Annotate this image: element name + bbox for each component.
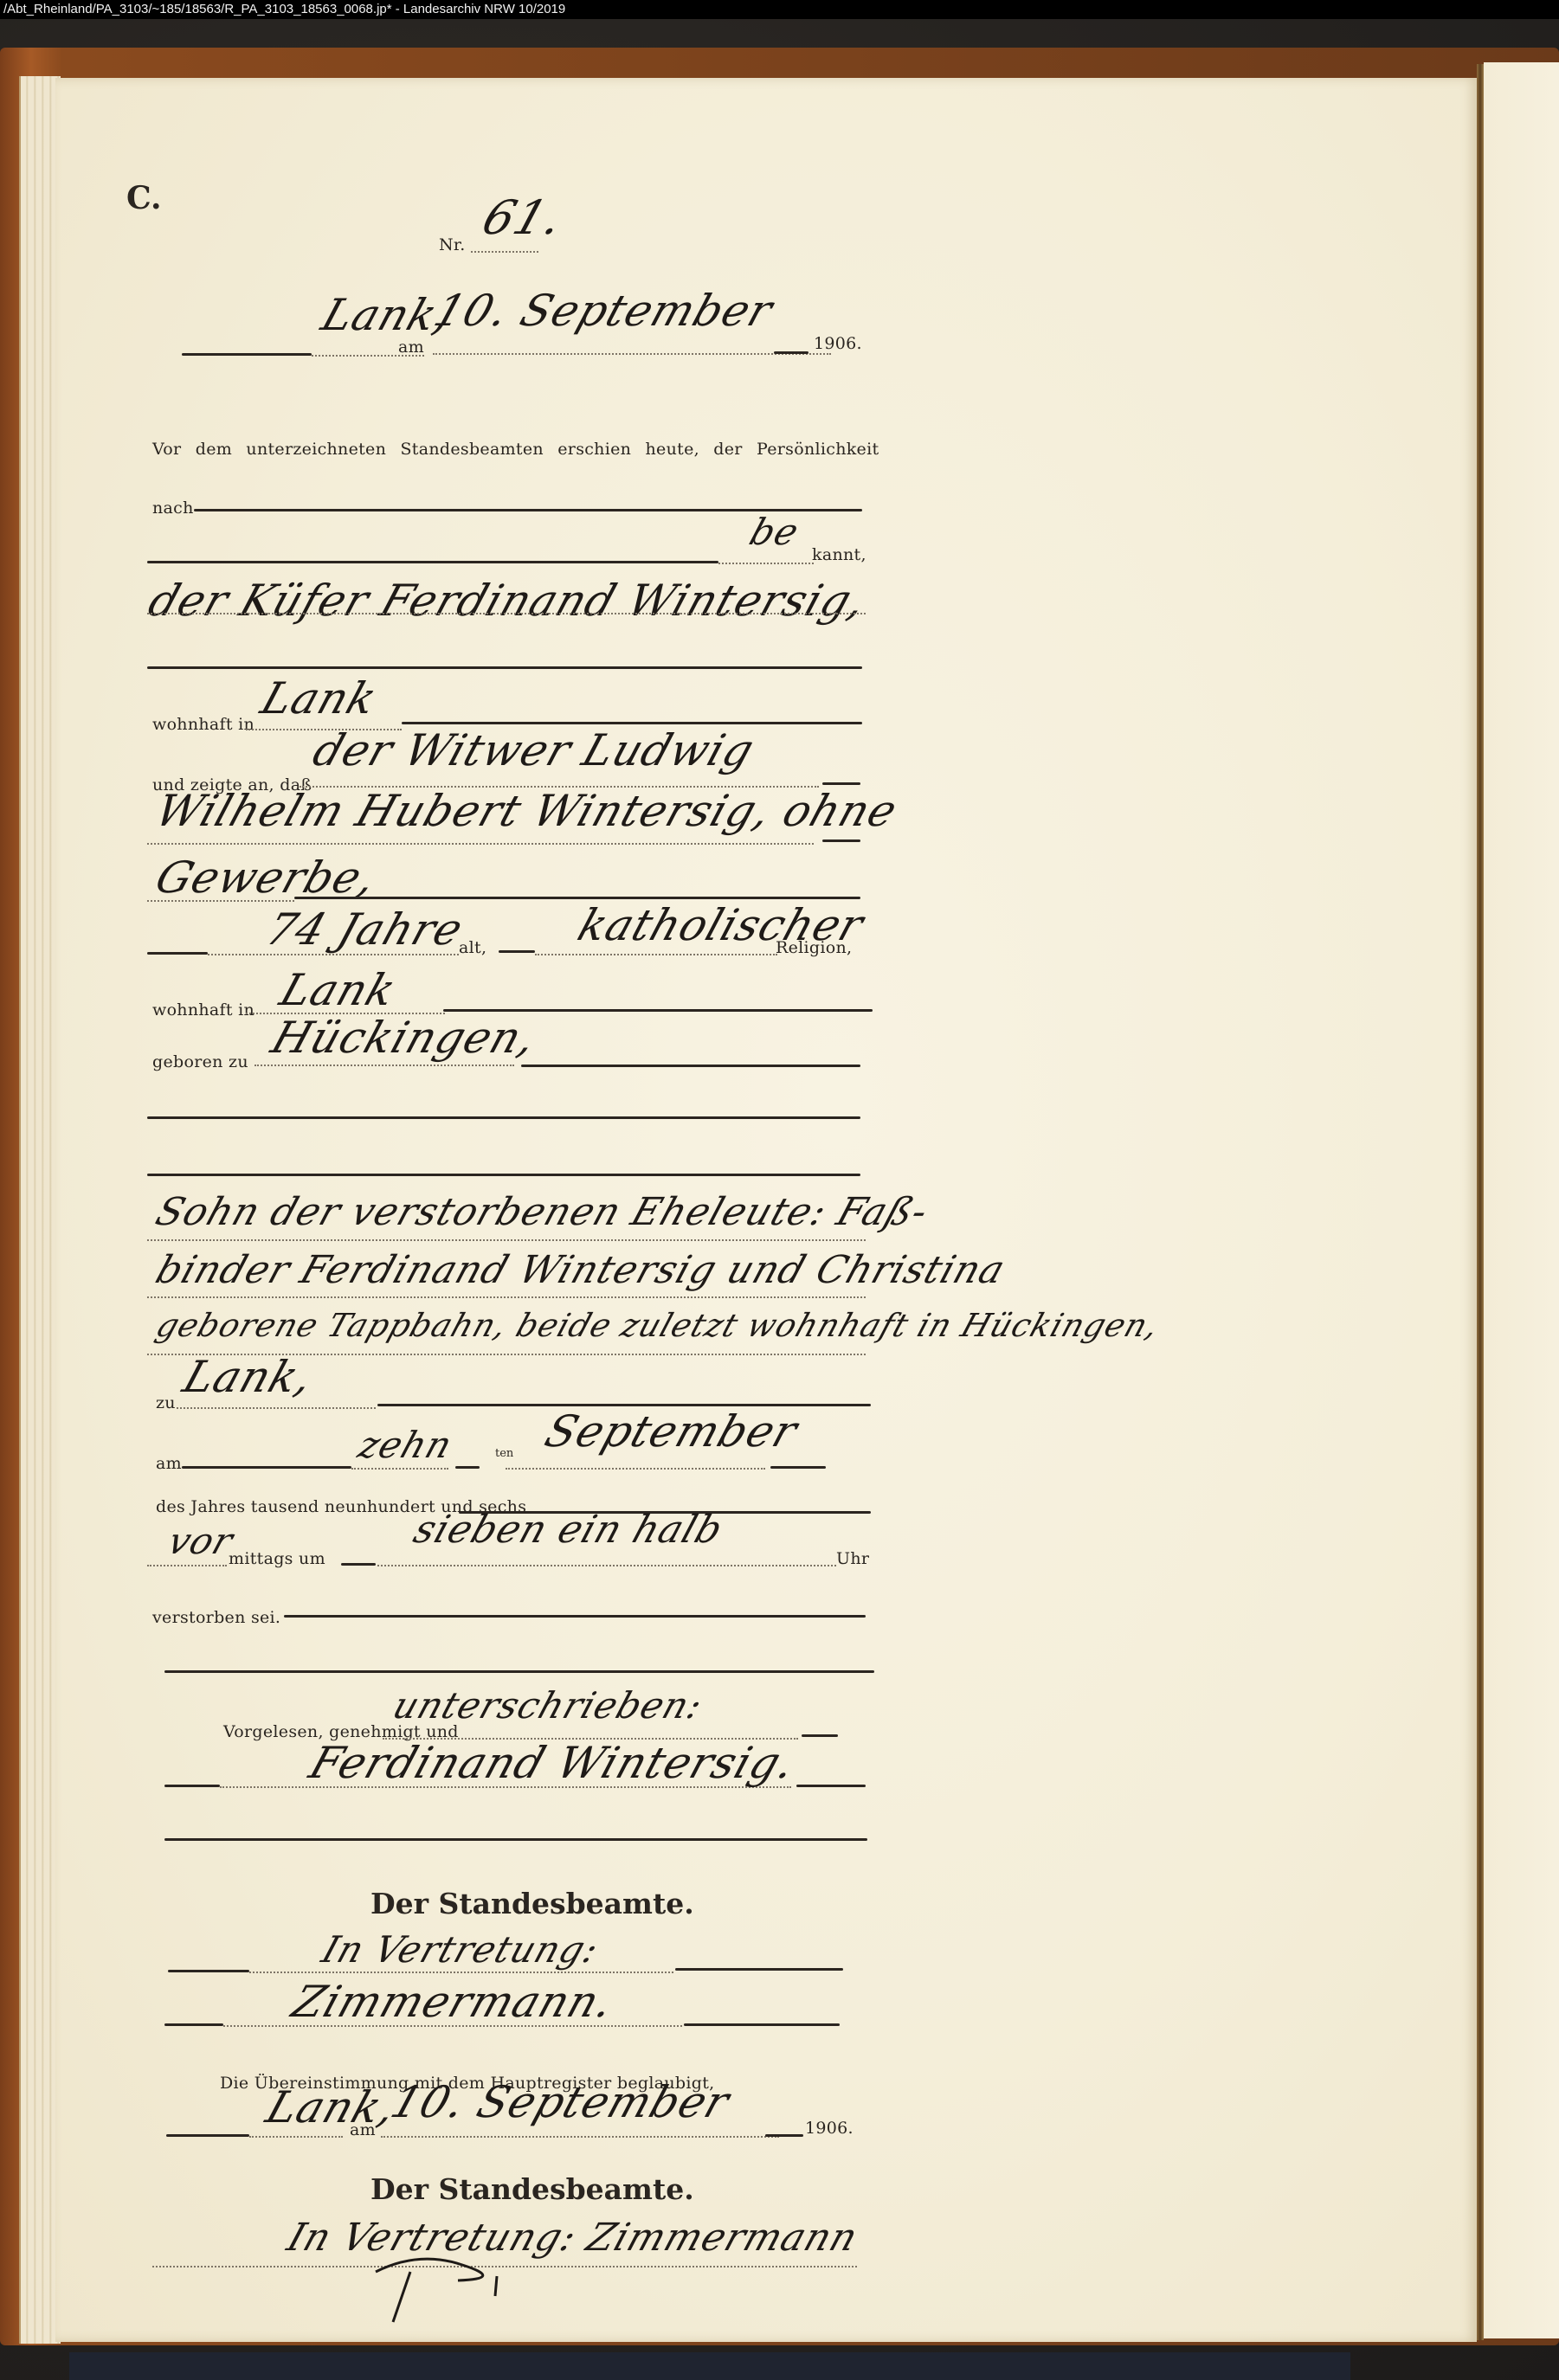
birthplace: Hückingen, [266, 1013, 544, 1063]
age: 74 Jahre [261, 904, 470, 955]
uhr-label: Uhr [836, 1549, 869, 1568]
header-dots-date [433, 353, 831, 355]
nach-label: nach [152, 499, 194, 518]
death-month-dots [506, 1468, 765, 1470]
header-date: 10. September [428, 286, 780, 336]
death-day-suffix: ten [495, 1447, 513, 1460]
informant-signature: Ferdinand Wintersig. [304, 1738, 802, 1788]
registrar-signature-rule-right [684, 2023, 840, 2026]
header-rule-left [182, 353, 312, 356]
death-place-dots [177, 1407, 376, 1409]
deceased-line-3-rule [294, 897, 860, 899]
certification-date-prefix: am [350, 2120, 376, 2139]
death-day: zehn [353, 1424, 458, 1466]
parents-line-2-dots [147, 1296, 866, 1298]
closing-rule [164, 1670, 874, 1673]
registrar-heading-2: Der Standesbeamte. [370, 2172, 694, 2206]
certification-year: 1906. [805, 2119, 854, 2138]
record-number-label: Nr. [439, 235, 466, 254]
birthplace-dots [254, 1065, 514, 1066]
informant-residence-rule [402, 722, 862, 724]
signature-flourish-icon [358, 2246, 566, 2324]
header-date-prefix: am [398, 338, 424, 357]
deceased-line-2: Wilhelm Hubert Wintersig, ohne [150, 786, 905, 836]
header-rule-right [774, 351, 808, 354]
registrar-signature: Zimmermann. [287, 1977, 621, 2027]
parents-line-1: Sohn der verstorbenen Eheleute: Faß- [151, 1190, 934, 1234]
vertretung-rule-left [168, 1970, 249, 1972]
time-dots [377, 1565, 836, 1566]
registrar-signature-rule-left [164, 2023, 223, 2026]
time-prefix: vor [163, 1520, 239, 1562]
alt-label: alt, [459, 938, 486, 957]
book-cover-bottom-edge [69, 2352, 1350, 2380]
facing-page-edge [1484, 62, 1559, 2338]
in-vertretung: In Vertretung: [317, 1928, 604, 1971]
certification-place-dots [249, 2136, 343, 2138]
time-prefix-dots [147, 1565, 227, 1566]
window-title-bar: /Abt_Rheinland/PA_3103/~185/18563/R_PA_3… [0, 0, 1559, 19]
death-month-rule [770, 1466, 826, 1469]
unterschrieben: unterschrieben: [388, 1684, 708, 1727]
death-date-label: am [156, 1454, 182, 1473]
informant-name: der Küfer Ferdinand Wintersig, [143, 576, 873, 626]
parents-top-rule [147, 1174, 860, 1176]
zeigte-rule [822, 782, 860, 785]
certification-date: 10. September [385, 2077, 737, 2127]
header-year: 1906. [814, 334, 862, 353]
death-place: Lank, [177, 1352, 320, 1402]
book-gutter [1477, 64, 1484, 2340]
page-stack-edge [19, 76, 61, 2344]
death-month: September [539, 1406, 804, 1457]
parents-line-1-dots [147, 1239, 866, 1241]
signature-bottom-rule [164, 1838, 867, 1841]
age-rule-left [147, 952, 208, 955]
time-rule [341, 1563, 376, 1566]
parents-line-2: binder Ferdinand Wintersig und Christina [151, 1248, 1011, 1292]
vorgelesen-rule [802, 1734, 838, 1737]
deceased-line-2-dots [147, 843, 814, 845]
alt-rule [499, 950, 535, 953]
record-number-dots [471, 251, 538, 253]
registrar-heading: Der Standesbeamte. [370, 1887, 694, 1920]
verstorben-label: verstorben sei. [152, 1608, 280, 1627]
religion-dots [535, 954, 777, 955]
death-date-rule-left [182, 1466, 351, 1469]
vertretung-dots [249, 1972, 673, 1973]
death-day-rule [455, 1466, 480, 1469]
death-day-dots [351, 1468, 448, 1470]
verstorben-rule [284, 1615, 866, 1618]
record-number: 61. [476, 190, 570, 245]
bekannt-hand: be [744, 511, 805, 553]
deceased-line-1: der Witwer Ludwig [307, 725, 761, 775]
bekannt-label: kannt, [812, 545, 866, 564]
deceased-residence-rule [443, 1009, 873, 1012]
bekannt-rule [147, 561, 718, 563]
informant-dots [147, 613, 866, 614]
intro-text: Vor dem unterzeichneten Standesbeamten e… [152, 440, 879, 459]
certification-date-dots [381, 2136, 779, 2138]
deceased-residence-label: wohnhaft in [152, 1000, 254, 1020]
certification-rule-left [166, 2134, 249, 2137]
register-page: C. Nr. 61. Lank, am 10. September 1906. … [55, 78, 1477, 2342]
time-label: mittags um [229, 1549, 325, 1568]
vertretung-rule-right [675, 1968, 843, 1971]
deceased-line-2-rule [822, 839, 860, 842]
deceased-line-3: Gewerbe, [150, 852, 383, 903]
birthplace-rule-2 [147, 1116, 860, 1119]
section-letter: C. [126, 180, 162, 216]
window-title: /Abt_Rheinland/PA_3103/~185/18563/R_PA_3… [3, 2, 565, 16]
parents-line-3: geborene Tappbahn, beide zuletzt wohnhaf… [151, 1307, 1164, 1344]
death-time: sieben ein halb [409, 1508, 729, 1552]
informant-residence: Lank [255, 673, 383, 724]
deceased-residence: Lank [274, 965, 403, 1015]
informant-signature-rule-right [796, 1785, 866, 1787]
deceased-line-3-dots [147, 900, 294, 902]
informant-signature-rule-left [164, 1785, 220, 1787]
informant-rule-2 [147, 666, 862, 669]
bekannt-dots [718, 563, 814, 564]
certification-rule-right [765, 2134, 803, 2137]
death-place-label: zu [156, 1393, 176, 1412]
certification-place: Lank, [261, 2082, 403, 2132]
birthplace-label: geboren zu [152, 1052, 248, 1071]
birthplace-rule [521, 1065, 860, 1067]
informant-residence-label: wohnhaft in [152, 715, 254, 734]
religion-label: Religion, [776, 938, 852, 957]
